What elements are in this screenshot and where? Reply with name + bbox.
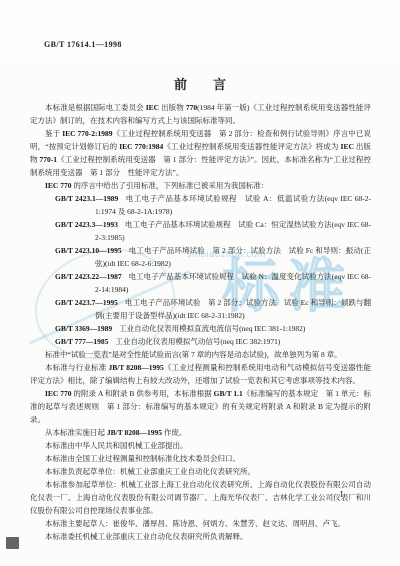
paragraph: 本标准参加起草单位：机械工业部上海工业自动化仪表研究所、上海自动化仪表股份有限公… (30, 478, 371, 517)
reference-text: 电工电子产品基本环境试验规程 试验 Ca：恒定湿热试验方法(eqv IEC 68… (95, 220, 371, 242)
paragraph: 本标准主要起草人：崔俊华、潘厚昌、陈诗恩、何炳方、朱慧芳、赵文达、周明昌、卢飞。 (30, 517, 371, 530)
paragraph: 本标准由中华人民共和国机械工业部提出。 (30, 439, 371, 452)
reference-text: 电工电子产品基本环境试验规程 试验 A：低温试验方法(eqv IEC 68-2-… (95, 194, 371, 216)
page-title: 前言 (0, 74, 400, 93)
page-number: Ⅰ (340, 490, 343, 499)
paragraph: 标准中“试验一览表”是对全性能试验而言(第 7 章的内容是动态试验)，故单独列为… (30, 348, 371, 361)
reference-text: 电工电子产品环境试验 第 2 部分：试验方法 试验 Fc 和导则：振动(正弦)(… (95, 246, 371, 268)
standard-number: GB/T 17614.1—1998 (44, 40, 122, 49)
reference-label: GB/T 2423.7—1995 (55, 298, 118, 307)
paragraph: 鉴于 IEC 770-2:1989《工业过程控制系统用变送器 第 2 部分：检查… (30, 127, 371, 179)
reference-item: GB/T 777—1985工业自动化仪表用模拟气动信号(neq IEC 382:… (95, 335, 371, 348)
foreword-content: 本标准是根据国际电工委员会 IEC 出版物 770(1984 年第一版)《工业过… (30, 101, 371, 543)
reference-text: 电工电子产品基本环境试验规程 试验 N：温度变化试验方法(eqv IEC 68-… (95, 272, 371, 294)
reference-item: GB/T 3369—1989工业自动化仪表用模拟直流电流信号(neq IEC 3… (95, 322, 371, 335)
paragraph: 从本标准实施日起 JB/T 8208—1995 作废。 (30, 426, 371, 439)
reference-item: GB/T 2423.22—1987电工电子产品基本环境试验规程 试验 N：温度变… (95, 270, 371, 296)
document-page: Jinbiaozhun.com 标准 GB/T 17614.1—1998 前言 … (0, 0, 400, 566)
reference-label: GB/T 2423.1—1989 (55, 194, 118, 203)
paragraph: 本标准与行业标准 JB/T 8208—1995《工业过程测量和控制系统用电动和气… (30, 361, 371, 387)
reference-item: GB/T 2423.10—1995电工电子产品环境试验 第 2 部分：试验方法 … (95, 244, 371, 270)
reference-item: GB/T 2423.7—1995电工电子产品环境试验 第 2 部分：试验方法 试… (95, 296, 371, 322)
paragraph: 本标准是根据国际电工委员会 IEC 出版物 770(1984 年第一版)《工业过… (30, 101, 371, 127)
scan-artifact (6, 537, 19, 549)
reference-label: GB/T 777—1985 (55, 337, 108, 346)
reference-label: GB/T 2423.22—1987 (55, 272, 122, 281)
reference-label: GB/T 2423.3—1993 (55, 220, 118, 229)
reference-item: GB/T 2423.3—1993电工电子产品基本环境试验规程 试验 Ca：恒定湿… (95, 218, 371, 244)
paragraph: 本标准委托机械工业部重庆工业自动化仪表研究所负责解释。 (30, 530, 371, 543)
paragraph: IEC 770 的序言中给出了引用标准，下列标准已被采用为我国标准： (30, 179, 371, 192)
reference-label: GB/T 3369—1989 (55, 324, 112, 333)
reference-label: GB/T 2423.10—1995 (55, 246, 122, 255)
reference-text: 工业自动化仪表用模拟直流电流信号(neq IEC 381-1:1982) (119, 324, 305, 333)
paragraph: 本标准负责起草单位：机械工业部重庆工业自动化仪表研究所。 (30, 465, 371, 478)
paragraph: 本标准由全国工业过程测量和控制标准化技术委员会归口。 (30, 452, 371, 465)
reference-item: GB/T 2423.1—1989电工电子产品基本环境试验规程 试验 A：低温试验… (95, 192, 371, 218)
reference-text: 工业自动化仪表用模拟气动信号(neq IEC 382:1971) (115, 337, 280, 346)
reference-text: 电工电子产品环境试验 第 2 部分：试验方法 试验 Ec 和导则：倾跌与翻倒(主… (95, 298, 371, 320)
paragraph: IEC 770 的附录 A 和附录 B 供参考用，本标准根据 GB/T 1.1《… (30, 387, 371, 426)
